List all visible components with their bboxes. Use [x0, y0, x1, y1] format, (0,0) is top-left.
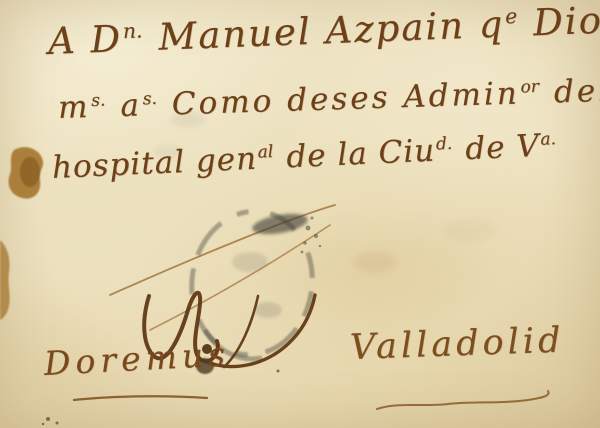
- superscript-text: a.: [540, 130, 556, 151]
- origin-underline: [74, 396, 207, 400]
- superscript-text: d.: [435, 134, 452, 155]
- edge-stain-streak: [0, 240, 10, 320]
- postmark-top-smudge: [251, 210, 309, 237]
- superscript-text: or: [520, 77, 539, 98]
- script-text: Dios: [519, 0, 600, 45]
- superscript-text: s.: [142, 89, 157, 109]
- letter-cover-photo: A Dn. Manuel Azpain qe Dios ms. as. Como…: [0, 0, 600, 428]
- script-text: m: [57, 89, 91, 126]
- script-text: de la Ciu: [275, 133, 436, 176]
- script-text: de V: [454, 128, 541, 168]
- superscript-text: e: [505, 4, 518, 28]
- superscript-text: al: [257, 142, 274, 163]
- superscript-text: s.: [91, 91, 106, 111]
- superscript-text: n.: [122, 19, 142, 44]
- stains: [0, 147, 280, 425]
- script-text: A D: [47, 17, 123, 63]
- destination-underline: [377, 391, 549, 409]
- destination-mark: Valladolid: [349, 321, 565, 368]
- script-text: del: [541, 73, 600, 111]
- script-text: a: [107, 87, 142, 124]
